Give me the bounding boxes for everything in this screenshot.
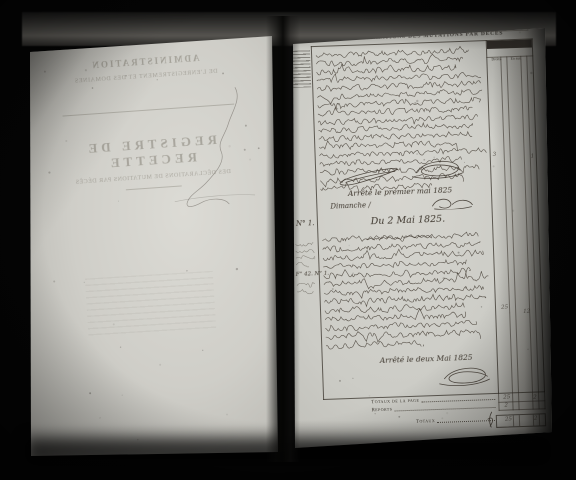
total-check-mark (486, 411, 497, 428)
bleedthrough-line2: DE L'ENREGISTREMENT ET DES DOMAINES (45, 67, 247, 87)
totals-grid-line (498, 394, 500, 411)
grand-total-box (496, 413, 546, 428)
table-left-border (311, 46, 324, 400)
entry1-handwriting (315, 45, 488, 193)
column-rule-3 (520, 56, 533, 393)
entry2-handwriting (321, 230, 493, 350)
figure-mark: 12 (523, 309, 530, 315)
duty-column-band-label: DROITS D'ENREGISTREMENT (511, 47, 532, 49)
right-page: Premier feuillet DÉCLARATIONS DES MUTATI… (293, 24, 556, 450)
dotted-leader (437, 419, 495, 423)
subheader-rule (486, 55, 533, 58)
figure-mark: 25 (501, 304, 508, 310)
left-page: ADMINISTRATION DE L'ENREGISTREMENT ET DE… (26, 32, 280, 458)
bleedthrough-title-block: ADMINISTRATION DE L'ENREGISTREMENT ET DE… (44, 50, 255, 196)
entry1-closing: Arrêté le premier mai 1825 (348, 185, 453, 198)
totals-grid-line (498, 400, 545, 403)
totals-page-row: Totaux de la page (371, 395, 496, 405)
table-bottom-border (323, 391, 545, 400)
total-figure: 2 (504, 403, 508, 409)
column-rule-2 (506, 56, 519, 393)
figure-mark: 1 (531, 153, 535, 159)
bleedthrough-title: REGISTRE DE RECETTE (49, 129, 253, 175)
totals-page-label: Totaux de la page (371, 398, 419, 406)
left-page-content: ADMINISTRATION DE L'ENREGISTREMENT ET DE… (19, 24, 288, 459)
column-rule-4 (526, 56, 539, 393)
book-gutter (266, 16, 300, 462)
totals-row: Totaux (416, 416, 496, 425)
entry1-signature (428, 195, 474, 211)
bleedthrough-subtitle: DES DÉCLARATIONS DE MUTATIONS PAR DÉCÈS (52, 167, 254, 187)
duty-subcol-right: En sus. (506, 48, 527, 67)
totals-label: Totaux (416, 418, 435, 425)
pen-stroke-flourish (335, 164, 403, 190)
amount-column-divider (486, 40, 499, 394)
duty-subcol-left: Droits. (486, 48, 507, 67)
total-figure: 25 (503, 394, 510, 400)
column-rule-1 (500, 57, 513, 394)
bleedthrough-paragraphs (85, 271, 216, 337)
heading-underline (365, 226, 443, 234)
entry1-signature-flourish (408, 156, 465, 181)
right-page-content: Premier feuillet DÉCLARATIONS DES MUTATI… (286, 16, 564, 451)
entry2-signature-flourish (436, 363, 493, 388)
entry2-date-heading: Du 2 Mai 1825. (353, 213, 463, 228)
figure-mark: 3 (493, 152, 497, 158)
totals-grid-line (544, 392, 546, 409)
entry1-day: Dimanche / (330, 201, 371, 210)
archival-scan: ADMINISTRATION DE L'ENREGISTREMENT ET DE… (0, 0, 576, 480)
totals-grid-line (499, 408, 546, 411)
bleedthrough-line1: ADMINISTRATION (44, 50, 246, 74)
totals-grid-line (532, 393, 534, 410)
duty-column-band: DROITS D'ENREGISTREMENT (487, 39, 532, 49)
table-right-border (532, 38, 545, 392)
margin-folio-ref: F° 42. N° 1. (296, 271, 330, 278)
total-figure: 2 (533, 395, 537, 401)
dotted-leader (421, 398, 495, 403)
dotted-leader (394, 406, 495, 412)
ink-stray-mark (169, 81, 258, 220)
totals-grid-line (512, 393, 514, 410)
totals-grid-line (538, 392, 540, 409)
total-figure: 2 (534, 415, 538, 421)
totals-grid-line (518, 393, 520, 410)
bleedthrough-rule (63, 104, 235, 117)
reports-label: Reports (371, 407, 392, 414)
reports-row: Reports (371, 403, 496, 413)
entry2-closing: Arrêté le deux Mai 1825 (380, 353, 473, 365)
total-figure: 25 (505, 416, 512, 422)
bleedthrough-rule-short (126, 185, 182, 190)
